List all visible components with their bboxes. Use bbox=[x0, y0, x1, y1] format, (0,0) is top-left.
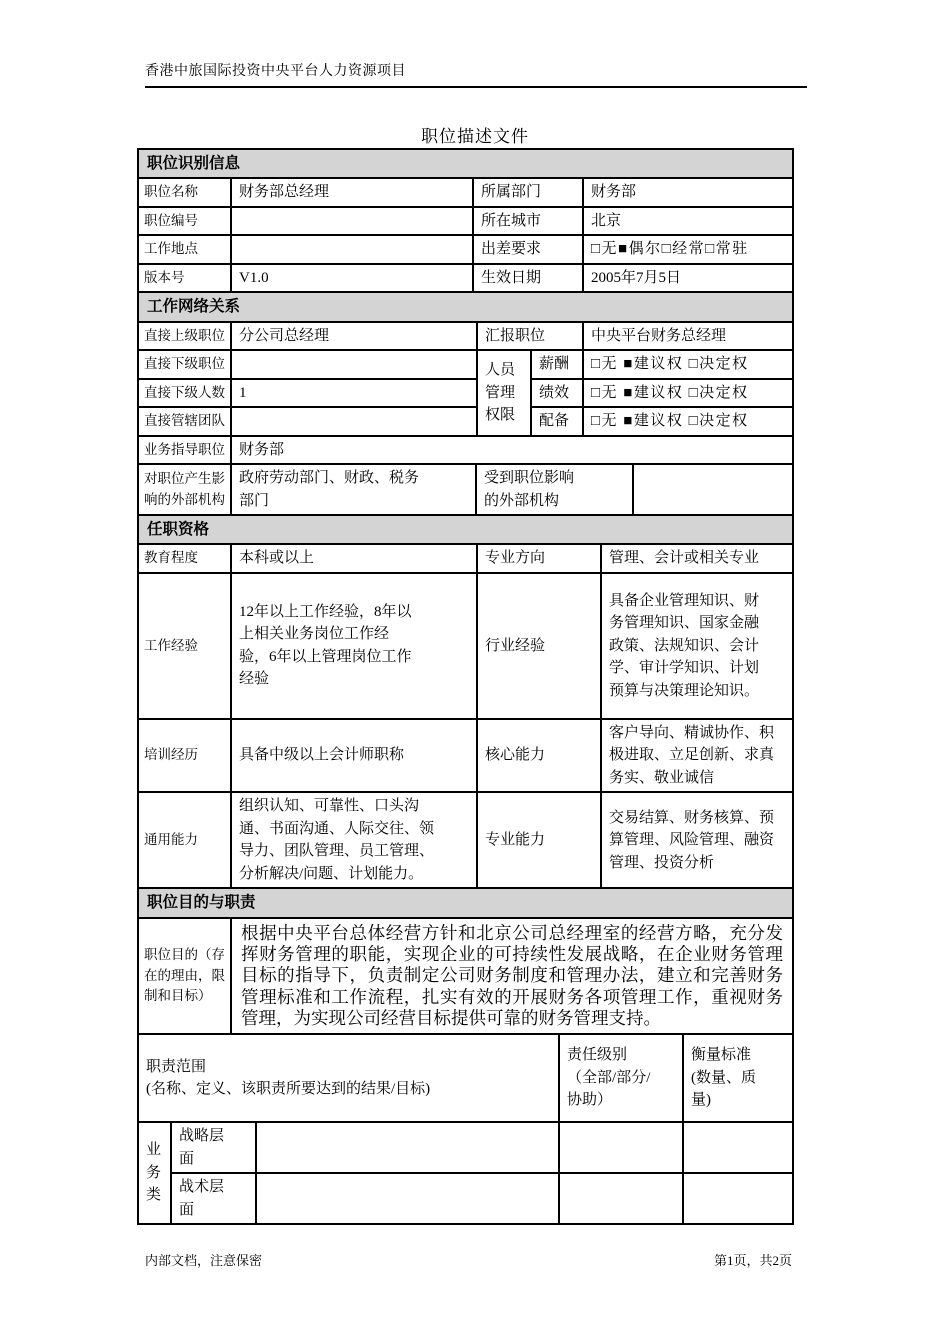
cell-travel-checkboxes: □无■偶尔□经常□常驻 bbox=[583, 235, 793, 264]
table-purpose: 职位目的与职责 职位目的（存 在的理由，限 制和目标） 根据中央平台总体经营方针… bbox=[137, 887, 794, 1035]
table-duties: 职责范围 (名称、定义、该职责所要达到的结果/目标) 责任级别 （全部/部分/ … bbox=[137, 1033, 794, 1225]
cell-major-label: 专业方向 bbox=[477, 544, 601, 573]
cell-job-title-value: 财务部总经理 bbox=[231, 178, 473, 207]
cell-core-competency-label: 核心能力 bbox=[477, 719, 601, 793]
cell-training-value: 具备中级以上会计师职称 bbox=[231, 719, 477, 793]
row-subordinate-count: 直接下级人数 1 绩效 □无 ■建议权 □决定权 bbox=[138, 379, 793, 408]
cell-performance-checkboxes: □无 ■建议权 □决定权 bbox=[583, 379, 793, 408]
section-header-row: 工作网络关系 bbox=[138, 292, 793, 321]
cell-salary-checkboxes: □无 ■建议权 □决定权 bbox=[583, 350, 793, 379]
cell-guidance-value: 财务部 bbox=[231, 436, 793, 465]
cell-strategic-content bbox=[256, 1122, 559, 1173]
cell-version-value: V1.0 bbox=[231, 264, 473, 293]
cell-influencing-orgs-value: 政府劳动部门、财政、税务 部门 bbox=[231, 464, 476, 515]
section-header-identification: 职位识别信息 bbox=[138, 149, 793, 178]
page-title: 职位描述文件 bbox=[0, 122, 950, 147]
cell-managed-team-label: 直接管辖团队 bbox=[138, 407, 231, 436]
row-guidance: 业务指导职位 财务部 bbox=[138, 436, 793, 465]
cell-hr-authority-label: 人员 管理 权限 bbox=[477, 350, 531, 436]
row-education: 教育程度 本科或以上 专业方向 管理、会计或相关专业 bbox=[138, 544, 793, 573]
cell-version-label: 版本号 bbox=[138, 264, 231, 293]
cell-effective-date-label: 生效日期 bbox=[473, 264, 583, 293]
row-general-ability: 通用能力 组织认知、可靠性、口头沟 通、书面沟通、人际交往、领 导力、团队管理、… bbox=[138, 792, 793, 888]
cell-duty-scope-header: 职责范围 (名称、定义、该职责所要达到的结果/目标) bbox=[138, 1034, 559, 1122]
row-tactical: 战术层 面 bbox=[138, 1173, 793, 1224]
cell-general-ability-value: 组织认知、可靠性、口头沟 通、书面沟通、人际交往、领 导力、团队管理、员工管理、… bbox=[231, 792, 477, 888]
letterhead: 香港中旅国际投资中央平台人力资源项目 bbox=[145, 60, 807, 88]
cell-department-label: 所属部门 bbox=[473, 178, 583, 207]
cell-general-ability-label: 通用能力 bbox=[138, 792, 231, 888]
cell-tactical-level bbox=[559, 1173, 683, 1224]
cell-training-label: 培训经历 bbox=[138, 719, 231, 793]
cell-guidance-label: 业务指导职位 bbox=[138, 436, 231, 465]
cell-job-title-label: 职位名称 bbox=[138, 178, 231, 207]
cell-superior-value: 分公司总经理 bbox=[231, 322, 477, 351]
cell-effective-date-value: 2005年7月5日 bbox=[583, 264, 793, 293]
cell-subordinate-position-value bbox=[231, 350, 477, 379]
row-job-title: 职位名称 财务部总经理 所属部门 财务部 bbox=[138, 178, 793, 207]
cell-managed-team-value bbox=[231, 407, 477, 436]
row-job-code: 职位编号 所在城市 北京 bbox=[138, 207, 793, 236]
cell-influencing-orgs-label: 对职位产生影 响的外部机构 bbox=[138, 464, 231, 515]
section-header-network: 工作网络关系 bbox=[138, 292, 793, 321]
cell-purpose-label: 职位目的（存 在的理由，限 制和目标） bbox=[138, 918, 231, 1035]
row-work-location: 工作地点 出差要求 □无■偶尔□经常□常驻 bbox=[138, 235, 793, 264]
row-superior: 直接上级职位 分公司总经理 汇报职位 中央平台财务总经理 bbox=[138, 322, 793, 351]
cell-strategic-layer-label: 战略层 面 bbox=[171, 1122, 256, 1173]
cell-industry-experience-label: 行业经验 bbox=[477, 573, 601, 719]
cell-job-code-value bbox=[231, 207, 473, 236]
row-subordinate-position: 直接下级职位 人员 管理 权限 薪酬 □无 ■建议权 □决定权 bbox=[138, 350, 793, 379]
section-header-row: 职位目的与职责 bbox=[138, 888, 793, 917]
cell-professional-ability-value: 交易结算、财务核算、预 算管理、风险管理、融资 管理、投资分析 bbox=[601, 792, 793, 888]
cell-superior-label: 直接上级职位 bbox=[138, 322, 231, 351]
cell-duty-level-header: 责任级别 （全部/部分/ 协助） bbox=[559, 1034, 683, 1122]
section-header-row: 职位识别信息 bbox=[138, 149, 793, 178]
row-managed-team: 直接管辖团队 配备 □无 ■建议权 □决定权 bbox=[138, 407, 793, 436]
cell-education-label: 教育程度 bbox=[138, 544, 231, 573]
cell-job-code-label: 职位编号 bbox=[138, 207, 231, 236]
row-strategic: 业 务 类 战略层 面 bbox=[138, 1122, 793, 1173]
row-duty-header: 职责范围 (名称、定义、该职责所要达到的结果/目标) 责任级别 （全部/部分/ … bbox=[138, 1034, 793, 1122]
cell-duty-measure-header: 衡量标准 (数量、质 量) bbox=[683, 1034, 793, 1122]
row-external-orgs: 对职位产生影 响的外部机构 政府劳动部门、财政、税务 部门 受到职位影响 的外部… bbox=[138, 464, 793, 515]
cell-purpose-text: 根据中央平台总体经营方针和北京公司总经理室的经营方略，充分发挥财务管理的职能，实… bbox=[231, 918, 793, 1035]
row-version: 版本号 V1.0 生效日期 2005年7月5日 bbox=[138, 264, 793, 293]
cell-subordinate-count-value: 1 bbox=[231, 379, 477, 408]
cell-tactical-layer-label: 战术层 面 bbox=[171, 1173, 256, 1224]
footer-page-number: 第1页，共2页 bbox=[714, 1250, 792, 1269]
cell-professional-ability-label: 专业能力 bbox=[477, 792, 601, 888]
cell-report-to-value: 中央平台财务总经理 bbox=[583, 322, 793, 351]
cell-performance-label: 绩效 bbox=[531, 379, 583, 408]
table-identification: 职位识别信息 职位名称 财务部总经理 所属部门 财务部 职位编号 所在城市 北京… bbox=[137, 148, 794, 293]
cell-business-category-label: 业 务 类 bbox=[138, 1122, 171, 1224]
cell-department-value: 财务部 bbox=[583, 178, 793, 207]
cell-strategic-measure bbox=[683, 1122, 793, 1173]
cell-experience-label: 工作经验 bbox=[138, 573, 231, 719]
cell-work-location-label: 工作地点 bbox=[138, 235, 231, 264]
cell-experience-value: 12年以上工作经验，8年以 上相关业务岗位工作经 验，6年以上管理岗位工作 经验 bbox=[231, 573, 477, 719]
section-header-purpose: 职位目的与职责 bbox=[138, 888, 793, 917]
cell-strategic-level bbox=[559, 1122, 683, 1173]
section-header-qualification: 任职资格 bbox=[138, 515, 793, 544]
page-footer: 内部文档，注意保密 第1页，共2页 bbox=[145, 1250, 792, 1269]
letterhead-text: 香港中旅国际投资中央平台人力资源项目 bbox=[145, 64, 406, 79]
cell-work-location-value bbox=[231, 235, 473, 264]
cell-core-competency-value: 客户导向、精诚协作、积 极进取、立足创新、求真 务实、敬业诚信 bbox=[601, 719, 793, 793]
cell-staffing-label: 配备 bbox=[531, 407, 583, 436]
cell-salary-label: 薪酬 bbox=[531, 350, 583, 379]
cell-report-to-label: 汇报职位 bbox=[477, 322, 583, 351]
cell-city-label: 所在城市 bbox=[473, 207, 583, 236]
table-external-orgs: 对职位产生影 响的外部机构 政府劳动部门、财政、税务 部门 受到职位影响 的外部… bbox=[137, 463, 794, 516]
cell-city-value: 北京 bbox=[583, 207, 793, 236]
cell-subordinate-position-label: 直接下级职位 bbox=[138, 350, 231, 379]
cell-tactical-measure bbox=[683, 1173, 793, 1224]
cell-travel-label: 出差要求 bbox=[473, 235, 583, 264]
footer-confidential-note: 内部文档，注意保密 bbox=[145, 1250, 262, 1269]
cell-subordinate-count-label: 直接下级人数 bbox=[138, 379, 231, 408]
cell-education-value: 本科或以上 bbox=[231, 544, 477, 573]
row-purpose: 职位目的（存 在的理由，限 制和目标） 根据中央平台总体经营方针和北京公司总经理… bbox=[138, 918, 793, 1035]
cell-major-value: 管理、会计或相关专业 bbox=[601, 544, 793, 573]
cell-industry-experience-value: 具备企业管理知识、财 务管理知识、国家金融 政策、法规知识、会计 学、审计学知识… bbox=[601, 573, 793, 719]
row-training: 培训经历 具备中级以上会计师职称 核心能力 客户导向、精诚协作、积 极进取、立足… bbox=[138, 719, 793, 793]
cell-tactical-content bbox=[256, 1173, 559, 1224]
document-page: 香港中旅国际投资中央平台人力资源项目 职位描述文件 职位识别信息 职位名称 财务… bbox=[0, 0, 950, 1344]
cell-staffing-checkboxes: □无 ■建议权 □决定权 bbox=[583, 407, 793, 436]
table-network: 工作网络关系 直接上级职位 分公司总经理 汇报职位 中央平台财务总经理 直接下级… bbox=[137, 291, 794, 465]
cell-influenced-orgs-label: 受到职位影响 的外部机构 bbox=[476, 464, 633, 515]
cell-influenced-orgs-value bbox=[633, 464, 793, 515]
document-body: 职位识别信息 职位名称 财务部总经理 所属部门 财务部 职位编号 所在城市 北京… bbox=[137, 148, 792, 1225]
table-qualification: 任职资格 教育程度 本科或以上 专业方向 管理、会计或相关专业 工作经验 12年… bbox=[137, 514, 794, 889]
section-header-row: 任职资格 bbox=[138, 515, 793, 544]
row-experience: 工作经验 12年以上工作经验，8年以 上相关业务岗位工作经 验，6年以上管理岗位… bbox=[138, 573, 793, 719]
